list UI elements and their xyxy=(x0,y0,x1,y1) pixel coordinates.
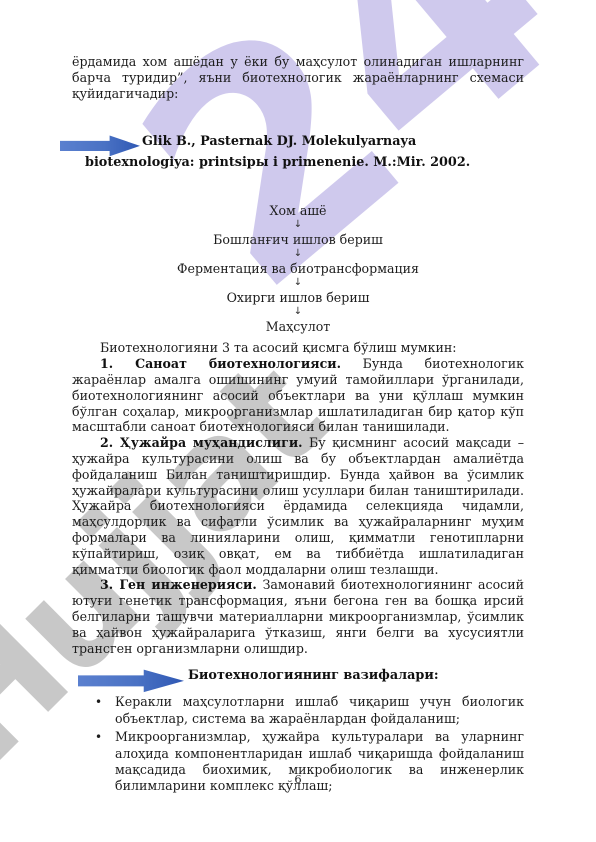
down-arrow-icon: ↓ xyxy=(72,305,524,319)
down-arrow-icon: ↓ xyxy=(72,247,524,261)
task-text: Керакли маҳсулотларни ишлаб чиқариш учун… xyxy=(115,694,524,725)
bullet-icon: • xyxy=(95,729,102,745)
tasks-heading-row: Биотехнологиянинг вазифалари: xyxy=(72,667,524,693)
flowchart-step-fermentation: Ферментация ва биотрансформация xyxy=(72,261,524,276)
section-title: 3. Ген инженерияси. xyxy=(100,577,257,592)
right-arrow-icon xyxy=(78,668,184,693)
document-page: Hujjat 24 ёрдамида хом ашёдан у ёки бу м… xyxy=(0,0,596,842)
flowchart-step-initial-processing: Бошланғич ишлов бериш xyxy=(72,232,524,247)
citation-block: Glik B., Pasternak DJ. Molekulyarnaya bi… xyxy=(72,131,524,173)
section-body: Бу қисмнинг асосий мақсади – ҳужайра кул… xyxy=(72,435,524,576)
intro-paragraph: ёрдамида хом ашёдан у ёки бу маҳсулот ол… xyxy=(72,54,524,101)
flowchart-step-product: Маҳсулот xyxy=(72,319,524,334)
section-title: 1. Саноат биотехнологияси. xyxy=(100,356,341,371)
flowchart-step-final-processing: Охирги ишлов бериш xyxy=(72,290,524,305)
page-number: 6 xyxy=(0,772,596,786)
section-title: 2. Ҳужайра муҳандислиги. xyxy=(100,435,303,450)
down-arrow-icon: ↓ xyxy=(72,218,524,232)
citation-text: Glik B., Pasternak DJ. Molekulyarnaya bi… xyxy=(85,131,524,173)
section-paragraph-industrial: 1. Саноат биотехнологияси. Бунда биотехн… xyxy=(72,356,524,435)
tasks-heading: Биотехнологиянинг вазифалари: xyxy=(188,668,439,683)
list-item: • Керакли маҳсулотларни ишлаб чиқариш уч… xyxy=(72,694,524,727)
down-arrow-icon: ↓ xyxy=(72,276,524,290)
bullet-icon: • xyxy=(95,694,102,710)
division-intro: Биотехнологияни 3 та асосий қисмга бўлиш… xyxy=(72,340,524,356)
page-content: ёрдамида хом ашёдан у ёки бу маҳсулот ол… xyxy=(72,54,524,795)
section-paragraph-cell-engineering: 2. Ҳужайра муҳандислиги. Бу қисмнинг асо… xyxy=(72,435,524,577)
section-paragraph-gene-engineering: 3. Ген инженерияси. Замонавий биотехноло… xyxy=(72,577,524,656)
flowchart-step-raw-material: Хом ашё xyxy=(72,203,524,218)
process-flowchart: Хом ашё ↓ Бошланғич ишлов бериш ↓ Фермен… xyxy=(72,203,524,334)
